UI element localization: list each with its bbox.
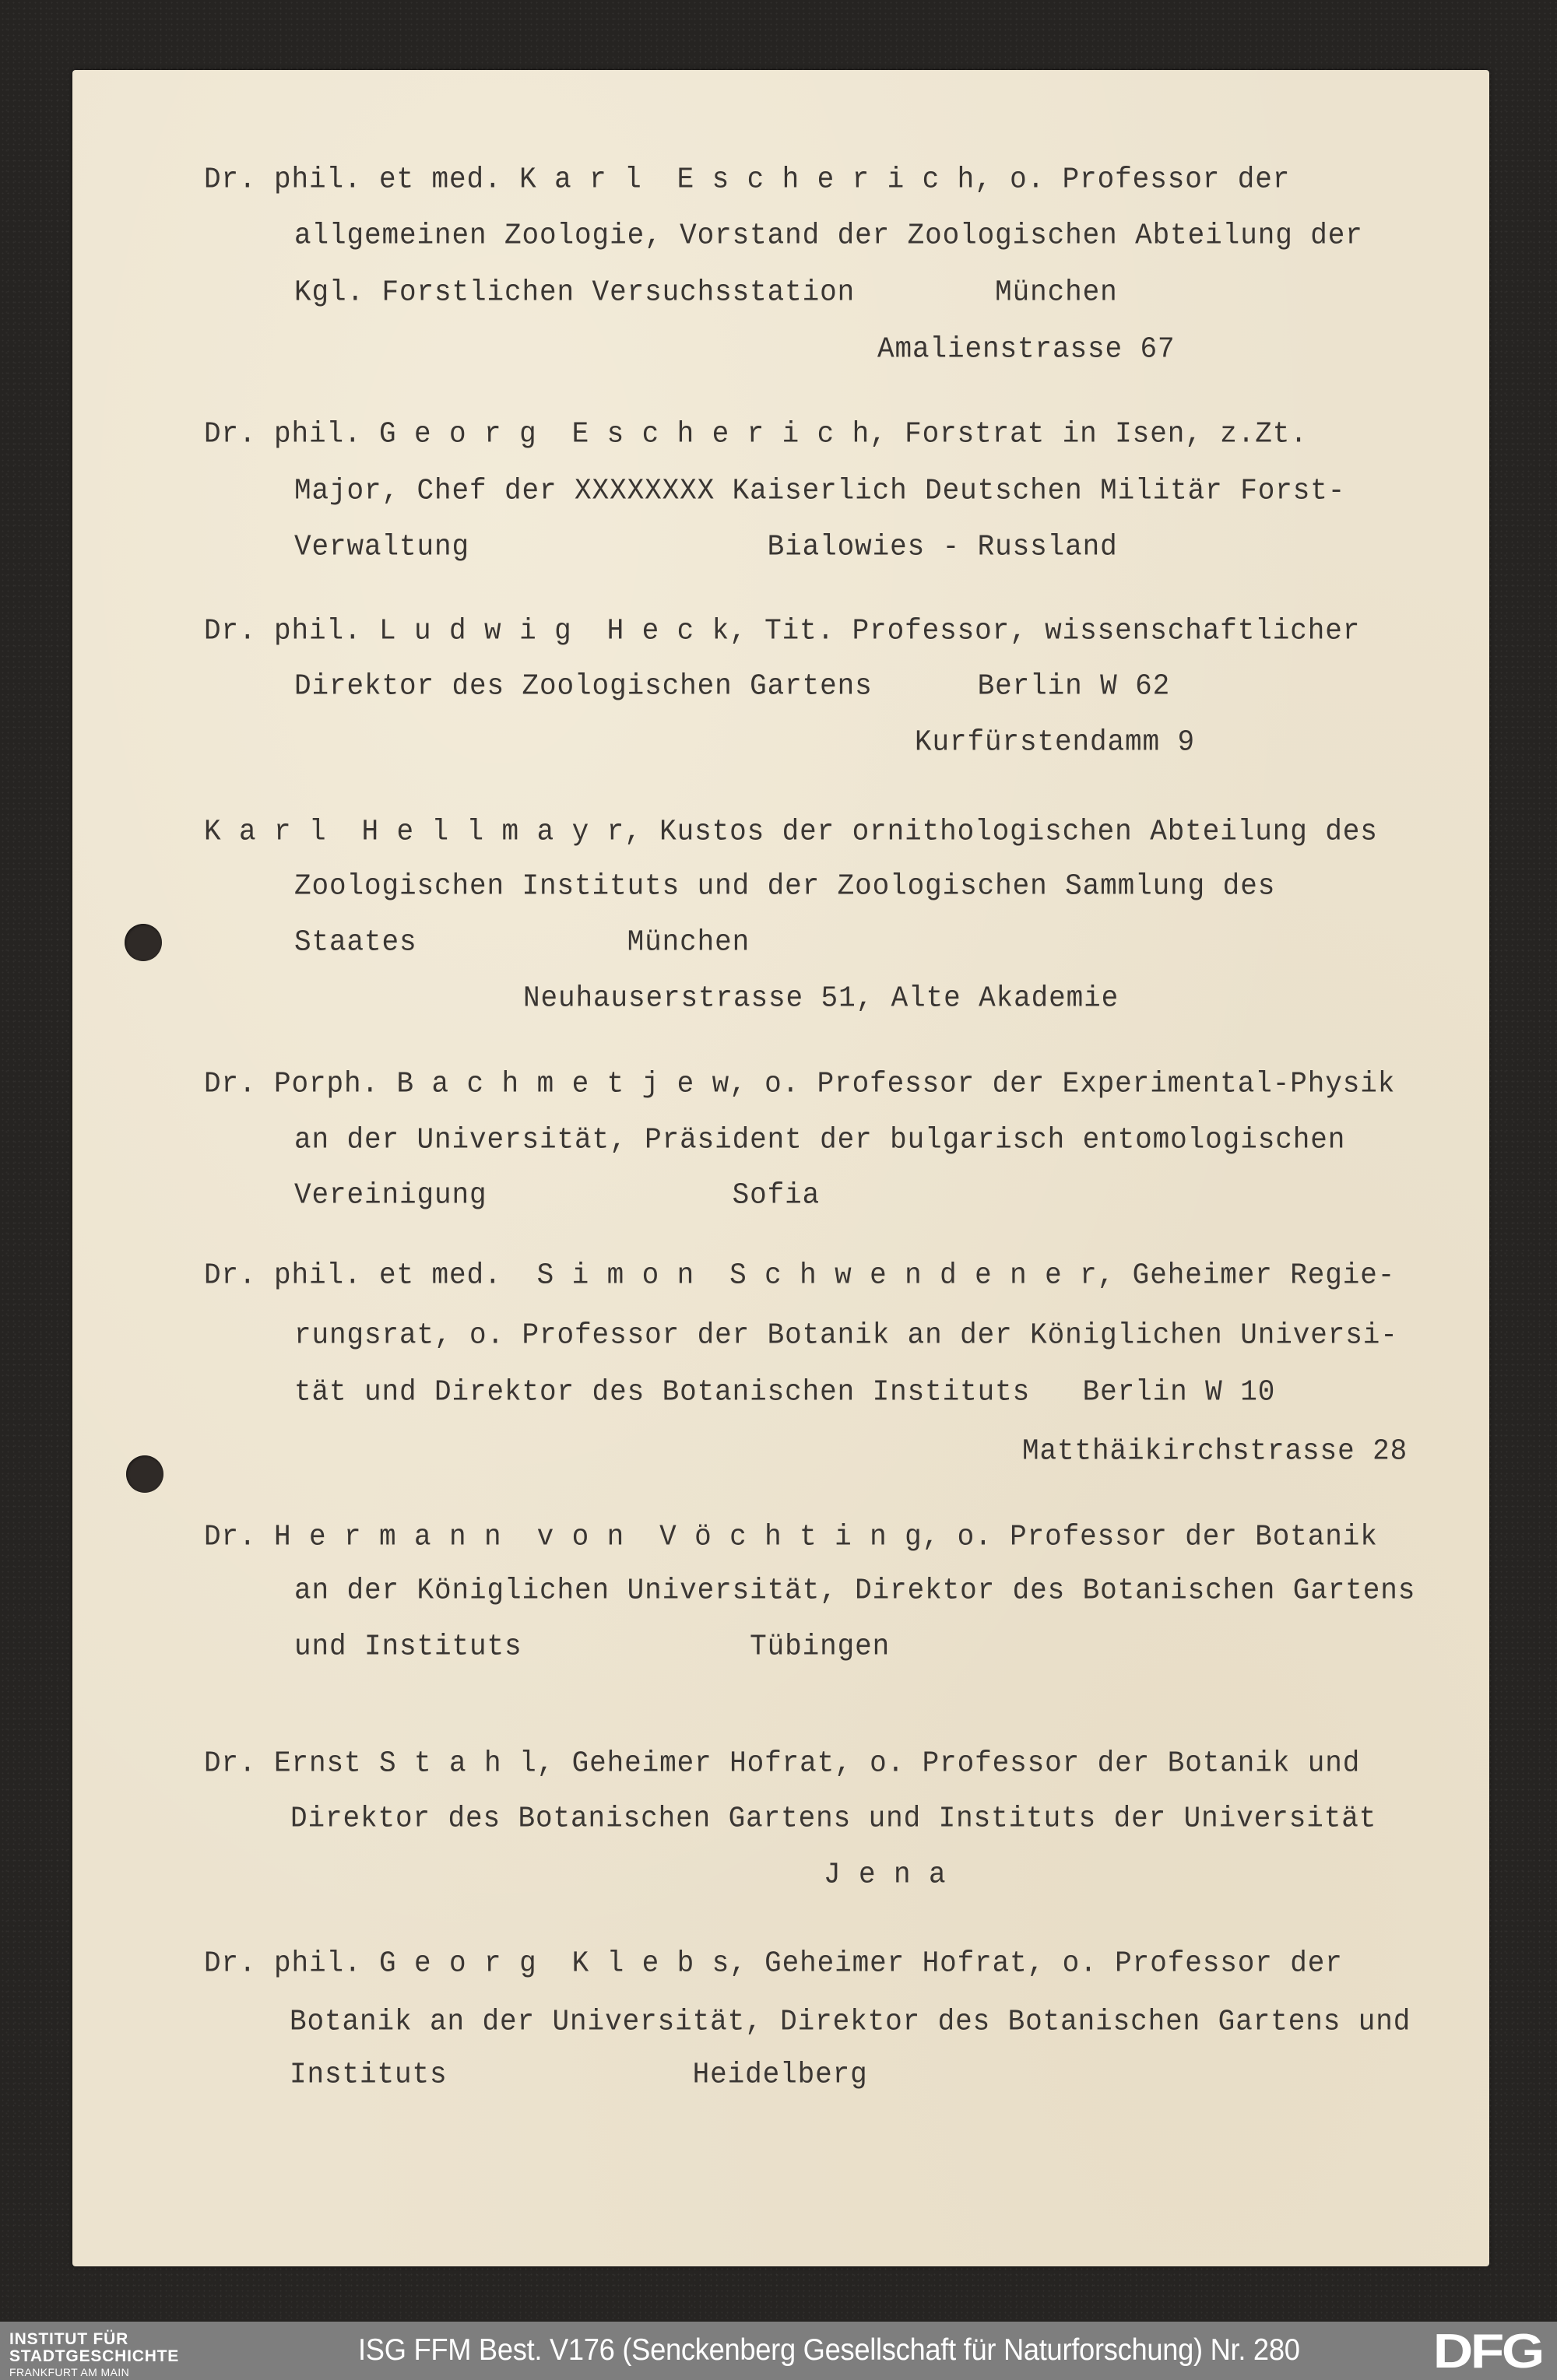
entry-line: rungsrat, o. Professor der Botanik an de…	[294, 1319, 1398, 1352]
institute-location: FRANKFURT AM MAIN	[9, 2367, 179, 2378]
punch-hole-lower	[126, 1455, 163, 1493]
entry-line: tät und Direktor des Botanischen Institu…	[294, 1376, 1275, 1409]
entry-line: Staates München	[294, 926, 750, 959]
entry-line: an der Königlichen Universität, Direktor…	[294, 1574, 1415, 1607]
entry-line: Zoologischen Instituts und der Zoologisc…	[294, 870, 1275, 903]
entry-address: Matthäikirchstrasse 28	[1022, 1435, 1408, 1468]
institute-name-line2: STADTGESCHICHTE	[9, 2348, 179, 2364]
entry-line: Dr. phil. G e o r g E s c h e r i c h, F…	[204, 418, 1308, 451]
entry-line: Vereinigung Sofia	[294, 1179, 820, 1212]
dfg-logo-icon: DFG	[1433, 2328, 1542, 2376]
entry-line: Kgl. Forstlichen Versuchsstation München	[294, 276, 1118, 309]
archive-reference-title: ISG FFM Best. V176 (Senckenberg Gesellsc…	[358, 2333, 1300, 2368]
entry-line: Verwaltung Bialowies - Russland	[294, 531, 1118, 563]
entry-line: Dr. phil. L u d w i g H e c k, Tit. Prof…	[204, 615, 1360, 648]
archive-footer: INSTITUT FÜR STADTGESCHICHTE FRANKFURT A…	[0, 2322, 1557, 2380]
entry-address: Amalienstrasse 67	[877, 333, 1176, 366]
document-page	[72, 70, 1489, 2266]
entry-line: Dr. phil. G e o r g K l e b s, Geheimer …	[204, 1947, 1343, 1980]
entry-address: Kurfürstendamm 9	[915, 726, 1195, 759]
entry-line: Direktor des Zoologischen Gartens Berlin…	[294, 670, 1170, 703]
entry-line: Instituts Heidelberg	[290, 2059, 868, 2091]
punch-hole-upper	[125, 924, 162, 961]
entry-line: Dr. H e r m a n n v o n V ö c h t i n g,…	[204, 1521, 1378, 1553]
entry-address: Neuhauserstrasse 51, Alte Akademie	[523, 982, 1119, 1015]
entry-line: allgemeinen Zoologie, Vorstand der Zoolo…	[294, 219, 1363, 252]
entry-line: Direktor des Botanischen Gartens und Ins…	[290, 1803, 1376, 1835]
entry-line: an der Universität, Präsident der bulgar…	[294, 1124, 1345, 1157]
entry-line: Major, Chef der XXXXXXXX Kaiserlich Deut…	[294, 475, 1345, 507]
entry-line: K a r l H e l l m a y r, Kustos der orni…	[204, 816, 1378, 848]
entry-city: J e n a	[824, 1859, 947, 1891]
entry-line: Dr. Ernst S t a h l, Geheimer Hofrat, o.…	[204, 1747, 1360, 1780]
entry-line: und Instituts Tübingen	[294, 1631, 890, 1663]
entry-line: Botanik an der Universität, Direktor des…	[290, 2006, 1411, 2038]
institute-name-line1: INSTITUT FÜR	[9, 2331, 179, 2347]
institute-logo: INSTITUT FÜR STADTGESCHICHTE FRANKFURT A…	[9, 2331, 179, 2378]
entry-line: Dr. Porph. B a c h m e t j e w, o. Profe…	[204, 1068, 1395, 1100]
entry-line: Dr. phil. et med. S i m o n S c h w e n …	[204, 1259, 1395, 1292]
entry-line: Dr. phil. et med. K a r l E s c h e r i …	[204, 163, 1290, 196]
